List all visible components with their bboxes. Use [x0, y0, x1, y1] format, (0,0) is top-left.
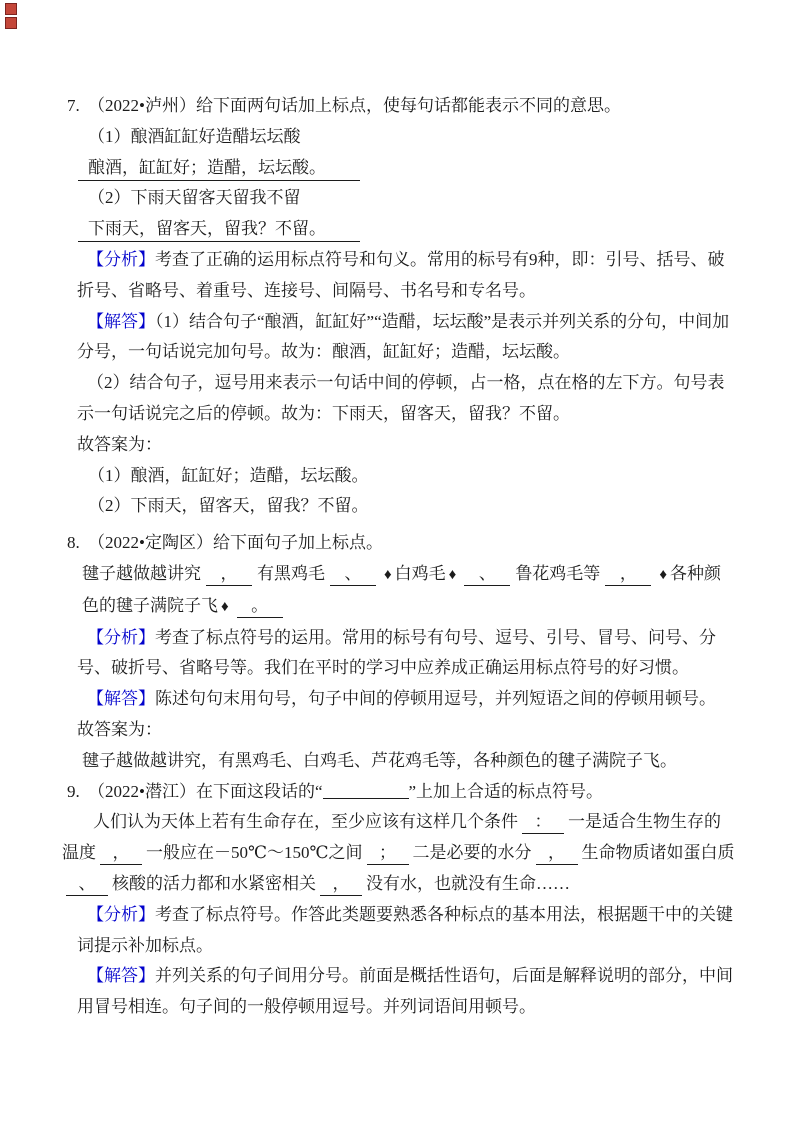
q7-answer-paragraph-1: 【解答】（1）结合句子“酿酒，缸缸好”“造醋，坛坛酸”是表示并列关系的分句，中间…	[62, 307, 736, 369]
q7-conclusion-label-line: 故答案为：	[62, 430, 736, 461]
punctuation-blank: 、	[464, 563, 510, 586]
q7-conclusion-label: 故答案为：	[77, 435, 162, 454]
q8-seg-3: 白鸡毛	[395, 564, 446, 583]
q9-seg-1: 人们认为天体上若有生命存在，至少应该有这样几个条件	[93, 812, 518, 831]
red-square-icon	[5, 3, 17, 15]
q9-analysis-text: 考查了标点符号。作答此类题要熟悉各种标点的基本用法，根据题干中的关键词提示补加标…	[77, 905, 733, 955]
red-square-icon	[5, 17, 17, 29]
q8-analysis-text: 考查了标点符号的运用。常用的标号有句号、逗号、引号、冒号、问号、分号、破折号、省…	[77, 628, 716, 678]
q7-conclusion-2-text: （2）下雨天，留客天，留我？不留。	[88, 496, 369, 515]
question-7: 7.（2022•泸州）给下面两句话加上标点，使每句话都能表示不同的意思。 （1）…	[62, 91, 736, 522]
punctuation-blank: ，	[320, 873, 362, 896]
q7-conclusion-2: （2）下雨天，留客天，留我？不留。	[62, 491, 736, 522]
answer-label: 【解答】	[87, 689, 155, 708]
q7-conclusion-1-text: （1）酿酒，缸缸好；造醋，坛坛酸。	[88, 466, 369, 485]
q9-answer-text: 并列关系的句子间用分号。前面是概括性语句，后面是解释说明的部分，中间用冒号相连。…	[77, 966, 733, 1016]
question-9: 9.（2022•潜江）在下面这段话的“”上加上合适的标点符号。 人们认为天体上若…	[62, 777, 736, 1023]
q8-analysis-paragraph: 【分析】考查了标点符号的运用。常用的标号有句号、逗号、引号、冒号、问号、分号、破…	[62, 623, 736, 685]
q7-analysis-text: 考查了正确的运用标点符号和句义。常用的标号有9种，即：引号、括号、破折号、省略号…	[77, 250, 725, 300]
q7-item-2-answer-line: 下雨天，留客天，留我？不留。	[62, 214, 736, 245]
punctuation-blank: ，	[100, 842, 142, 865]
punctuation-blank: 、	[330, 563, 376, 586]
q9-paragraph: 人们认为天体上若有生命存在，至少应该有这样几个条件：一是适合生物生存的温度，一般…	[62, 807, 736, 899]
answer-label: 【解答】	[87, 966, 155, 985]
diamond-marker-icon: ♦	[221, 599, 229, 615]
diamond-marker-icon: ♦	[659, 567, 667, 583]
q8-conclusion-label: 故答案为：	[77, 720, 162, 739]
q9-seg-5: 生命物质诸如蛋白质	[582, 843, 735, 862]
analysis-label: 【分析】	[87, 905, 155, 924]
q7-item-2-answer: 下雨天，留客天，留我？不留。	[78, 217, 360, 242]
q7-item-1-label: （1）	[88, 127, 131, 146]
q9-seg-4: 二是必要的水分	[413, 843, 532, 862]
long-blank	[323, 783, 409, 799]
punctuation-blank: ，	[206, 563, 252, 586]
q9-header: 9.（2022•潜江）在下面这段话的“”上加上合适的标点符号。	[62, 777, 736, 808]
punctuation-blank: ；	[367, 842, 409, 865]
punctuation-blank: ：	[522, 811, 564, 834]
q7-item-1-text: 酿酒缸缸好造醋坛坛酸	[131, 127, 301, 146]
analysis-label: 【分析】	[87, 250, 155, 269]
q8-seg-2: 有黑鸡毛	[257, 564, 325, 583]
q9-number: 9.	[62, 777, 88, 808]
question-8: 8.（2022•定陶区）给下面句子加上标点。 毽子越做越讲究，有黑鸡毛、♦白鸡毛…	[62, 528, 736, 776]
worksheet-page: 7.（2022•泸州）给下面两句话加上标点，使每句话都能表示不同的意思。 （1）…	[0, 0, 794, 1123]
q8-seg-1: 毽子越做越讲究	[82, 564, 201, 583]
q8-seg-4: 鲁花鸡毛等	[515, 564, 600, 583]
corner-marks	[5, 3, 19, 31]
q7-header: 7.（2022•泸州）给下面两句话加上标点，使每句话都能表示不同的意思。	[62, 91, 736, 122]
q8-answer-text: 陈述句句末用句号，句子中间的停顿用逗号，并列短语之间的停顿用顿号。	[155, 689, 716, 708]
q7-conclusion-1: （1）酿酒，缸缸好；造醋，坛坛酸。	[62, 461, 736, 492]
analysis-label: 【分析】	[87, 628, 155, 647]
q9-seg-6: 核酸的活力都和水紧密相关	[112, 874, 316, 893]
q7-analysis-paragraph: 【分析】考查了正确的运用标点符号和句义。常用的标号有9种，即：引号、括号、破折号…	[62, 245, 736, 307]
q7-header-text: （2022•泸州）给下面两句话加上标点，使每句话都能表示不同的意思。	[88, 96, 621, 115]
answer-label: 【解答】	[87, 312, 155, 331]
q7-item-1-answer: 酿酒，缸缸好；造醋，坛坛酸。	[78, 156, 360, 181]
q7-item-1: （1）酿酒缸缸好造醋坛坛酸	[62, 122, 736, 153]
q8-answer-paragraph: 【解答】陈述句句末用句号，句子中间的停顿用逗号，并列短语之间的停顿用顿号。	[62, 684, 736, 715]
q7-item-1-answer-line: 酿酒，缸缸好；造醋，坛坛酸。	[62, 153, 736, 184]
q8-conclusion-text: 毽子越做越讲究，有黑鸡毛、白鸡毛、芦花鸡毛等，各种颜色的毽子满院子飞。	[82, 751, 677, 770]
q8-number: 8.	[62, 528, 88, 559]
q8-header-text: （2022•定陶区）给下面句子加上标点。	[88, 533, 383, 552]
punctuation-blank: 。	[237, 595, 283, 618]
q8-conclusion-label-line: 故答案为：	[62, 715, 736, 746]
punctuation-blank: 、	[66, 873, 108, 896]
q7-item-2-text: 下雨天留客天留我不留	[131, 188, 301, 207]
q7-item-2: （2）下雨天留客天留我不留	[62, 183, 736, 214]
q8-header: 8.（2022•定陶区）给下面句子加上标点。	[62, 528, 736, 559]
punctuation-blank: ，	[536, 842, 578, 865]
q9-seg-3: 一般应在－50℃～150℃之间	[146, 843, 363, 862]
q9-analysis-paragraph: 【分析】考查了标点符号。作答此类题要熟悉各种标点的基本用法，根据题干中的关键词提…	[62, 900, 736, 962]
q7-answer-text-1: （1）结合句子“酿酒，缸缸好”“造醋，坛坛酸”是表示并列关系的分句，中间加分号，…	[77, 312, 729, 362]
punctuation-blank: ，	[605, 563, 651, 586]
diamond-marker-icon: ♦	[449, 567, 457, 583]
q9-answer-paragraph: 【解答】并列关系的句子间用分号。前面是概括性语句，后面是解释说明的部分，中间用冒…	[62, 961, 736, 1023]
q8-sentence: 毽子越做越讲究，有黑鸡毛、♦白鸡毛♦、鲁花鸡毛等，♦各种颜色的毽子满院子飞♦。	[62, 559, 736, 623]
q9-header-prefix: （2022•潜江）在下面这段话的“	[88, 782, 323, 801]
q7-answer-text-2: （2）结合句子，逗号用来表示一句话中间的停顿，占一格，点在格的左下方。句号表示一…	[77, 373, 725, 423]
q9-header-suffix: ”上加上合适的标点符号。	[409, 782, 604, 801]
q9-seg-7: 没有水，也就没有生命……	[366, 874, 570, 893]
q7-item-2-label: （2）	[88, 188, 131, 207]
q7-answer-paragraph-2: （2）结合句子，逗号用来表示一句话中间的停顿，占一格，点在格的左下方。句号表示一…	[62, 368, 736, 430]
diamond-marker-icon: ♦	[384, 567, 392, 583]
q7-number: 7.	[62, 91, 88, 122]
q8-conclusion: 毽子越做越讲究，有黑鸡毛、白鸡毛、芦花鸡毛等，各种颜色的毽子满院子飞。	[62, 746, 736, 777]
